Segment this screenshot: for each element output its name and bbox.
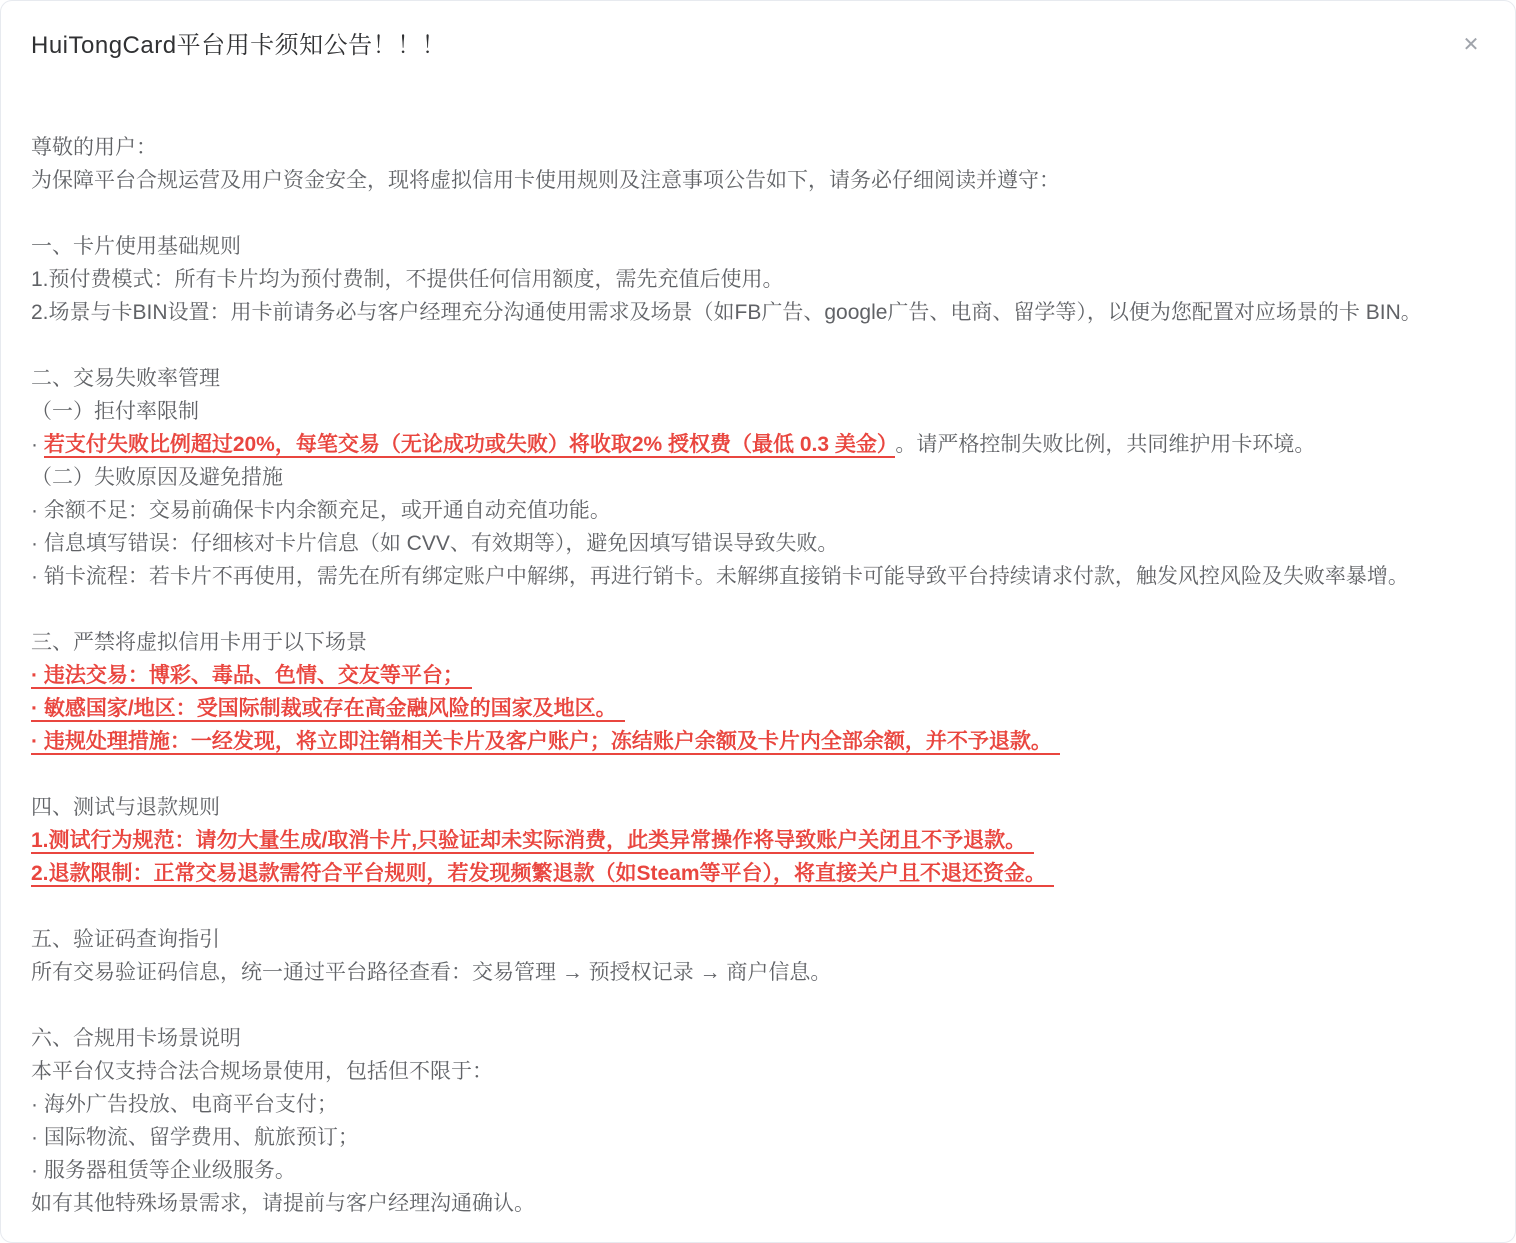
body-line: · 国际物流、留学费用、航旅预订； xyxy=(31,1121,1485,1154)
highlighted-text: · 敏感国家/地区：受国际制裁或存在高金融风险的国家及地区。 xyxy=(31,697,625,722)
blank-line xyxy=(31,329,1485,362)
text-segment: 二、交易失败率管理 xyxy=(31,367,220,390)
close-icon[interactable]: ✕ xyxy=(1459,33,1483,57)
blank-line xyxy=(31,593,1485,626)
text-segment: 。请严格控制失败比例，共同维护用卡环境。 xyxy=(895,433,1315,456)
highlighted-text: 若支付失败比例超过20%，每笔交易（无论成功或失败）将收取2% 授权费（最低 0… xyxy=(44,433,896,458)
text-segment: 一、卡片使用基础规则 xyxy=(31,235,241,258)
blank-line xyxy=(31,758,1485,791)
text-segment: （一）拒付率限制 xyxy=(31,400,199,423)
text-segment: · 信息填写错误：仔细核对卡片信息（如 CVV、有效期等），避免因填写错误导致失… xyxy=(31,532,838,555)
blank-line xyxy=(31,197,1485,230)
dialog-header: HuiTongCard平台用卡须知公告！！！ ✕ xyxy=(1,1,1515,63)
text-segment: 1.预付费模式：所有卡片均为预付费制，不提供任何信用额度，需先充值后使用。 xyxy=(31,268,784,291)
text-segment: · xyxy=(31,433,44,456)
announcement-body: 尊敬的用户：为保障平台合规运营及用户资金安全，现将虚拟信用卡使用规则及注意事项公… xyxy=(1,63,1515,1240)
body-line: （二）失败原因及避免措施 xyxy=(31,461,1485,494)
highlighted-text: 1.测试行为规范：请勿大量生成/取消卡片,只验证却未实际消费，此类异常操作将导致… xyxy=(31,829,1034,854)
text-segment: （二）失败原因及避免措施 xyxy=(31,466,283,489)
body-line: · 海外广告投放、电商平台支付； xyxy=(31,1088,1485,1121)
highlighted-text: 2.退款限制：正常交易退款需符合平台规则，若发现频繁退款（如Steam等平台），… xyxy=(31,862,1054,887)
body-line: 三、严禁将虚拟信用卡用于以下场景 xyxy=(31,626,1485,659)
text-segment: · 销卡流程：若卡片不再使用，需先在所有绑定账户中解绑，再进行销卡。未解绑直接销… xyxy=(31,565,1409,588)
highlighted-text: · 违法交易：博彩、毒品、色情、交友等平台； xyxy=(31,664,472,689)
highlighted-text: · 违规处理措施：一经发现，将立即注销相关卡片及客户账户；冻结账户余额及卡片内全… xyxy=(31,730,1060,755)
body-line: 2.场景与卡BIN设置：用卡前请务必与客户经理充分沟通使用需求及场景（如FB广告… xyxy=(31,296,1485,329)
body-line: 五、验证码查询指引 xyxy=(31,923,1485,956)
text-segment: · 国际物流、留学费用、航旅预订； xyxy=(31,1126,359,1149)
body-line: 所有交易验证码信息，统一通过平台路径查看：交易管理 → 预授权记录 → 商户信息… xyxy=(31,956,1485,989)
body-line: · 若支付失败比例超过20%，每笔交易（无论成功或失败）将收取2% 授权费（最低… xyxy=(31,428,1485,461)
body-line: · 违法交易：博彩、毒品、色情、交友等平台； xyxy=(31,659,1485,692)
dialog-title: HuiTongCard平台用卡须知公告！！！ xyxy=(31,29,1451,63)
text-segment: 本平台仅支持合法合规场景使用，包括但不限于： xyxy=(31,1060,493,1083)
body-line: 本平台仅支持合法合规场景使用，包括但不限于： xyxy=(31,1055,1485,1088)
body-line: · 违规处理措施：一经发现，将立即注销相关卡片及客户账户；冻结账户余额及卡片内全… xyxy=(31,725,1485,758)
text-segment: 为保障平台合规运营及用户资金安全，现将虚拟信用卡使用规则及注意事项公告如下，请务… xyxy=(31,169,1060,192)
text-segment: 尊敬的用户： xyxy=(31,136,157,159)
text-segment: · 海外广告投放、电商平台支付； xyxy=(31,1093,338,1116)
body-line: 1.测试行为规范：请勿大量生成/取消卡片,只验证却未实际消费，此类异常操作将导致… xyxy=(31,824,1485,857)
body-line: 尊敬的用户： xyxy=(31,131,1485,164)
body-line: 如有其他特殊场景需求，请提前与客户经理沟通确认。 xyxy=(31,1187,1485,1220)
body-line: （一）拒付率限制 xyxy=(31,395,1485,428)
text-segment: 如有其他特殊场景需求，请提前与客户经理沟通确认。 xyxy=(31,1192,535,1215)
text-segment: 五、验证码查询指引 xyxy=(31,928,220,951)
body-line: · 余额不足：交易前确保卡内余额充足，或开通自动充值功能。 xyxy=(31,494,1485,527)
body-line: 二、交易失败率管理 xyxy=(31,362,1485,395)
body-line: 1.预付费模式：所有卡片均为预付费制，不提供任何信用额度，需先充值后使用。 xyxy=(31,263,1485,296)
text-segment: 2.场景与卡BIN设置：用卡前请务必与客户经理充分沟通使用需求及场景（如FB广告… xyxy=(31,301,1422,324)
text-segment: 四、测试与退款规则 xyxy=(31,796,220,819)
body-line: · 信息填写错误：仔细核对卡片信息（如 CVV、有效期等），避免因填写错误导致失… xyxy=(31,527,1485,560)
body-line: · 销卡流程：若卡片不再使用，需先在所有绑定账户中解绑，再进行销卡。未解绑直接销… xyxy=(31,560,1485,593)
body-line: · 服务器租赁等企业级服务。 xyxy=(31,1154,1485,1187)
body-line: 六、合规用卡场景说明 xyxy=(31,1022,1485,1055)
text-segment: · 余额不足：交易前确保卡内余额充足，或开通自动充值功能。 xyxy=(31,499,611,522)
announcement-dialog: HuiTongCard平台用卡须知公告！！！ ✕ 尊敬的用户：为保障平台合规运营… xyxy=(0,0,1516,1243)
text-segment: 所有交易验证码信息，统一通过平台路径查看：交易管理 → 预授权记录 → 商户信息… xyxy=(31,961,831,984)
body-line: · 敏感国家/地区：受国际制裁或存在高金融风险的国家及地区。 xyxy=(31,692,1485,725)
blank-line xyxy=(31,989,1485,1022)
body-line: 一、卡片使用基础规则 xyxy=(31,230,1485,263)
body-line: 2.退款限制：正常交易退款需符合平台规则，若发现频繁退款（如Steam等平台），… xyxy=(31,857,1485,890)
text-segment: 三、严禁将虚拟信用卡用于以下场景 xyxy=(31,631,367,654)
text-segment: · 服务器租赁等企业级服务。 xyxy=(31,1159,296,1182)
blank-line xyxy=(31,890,1485,923)
body-line: 为保障平台合规运营及用户资金安全，现将虚拟信用卡使用规则及注意事项公告如下，请务… xyxy=(31,164,1485,197)
body-line: 四、测试与退款规则 xyxy=(31,791,1485,824)
text-segment: 六、合规用卡场景说明 xyxy=(31,1027,241,1050)
